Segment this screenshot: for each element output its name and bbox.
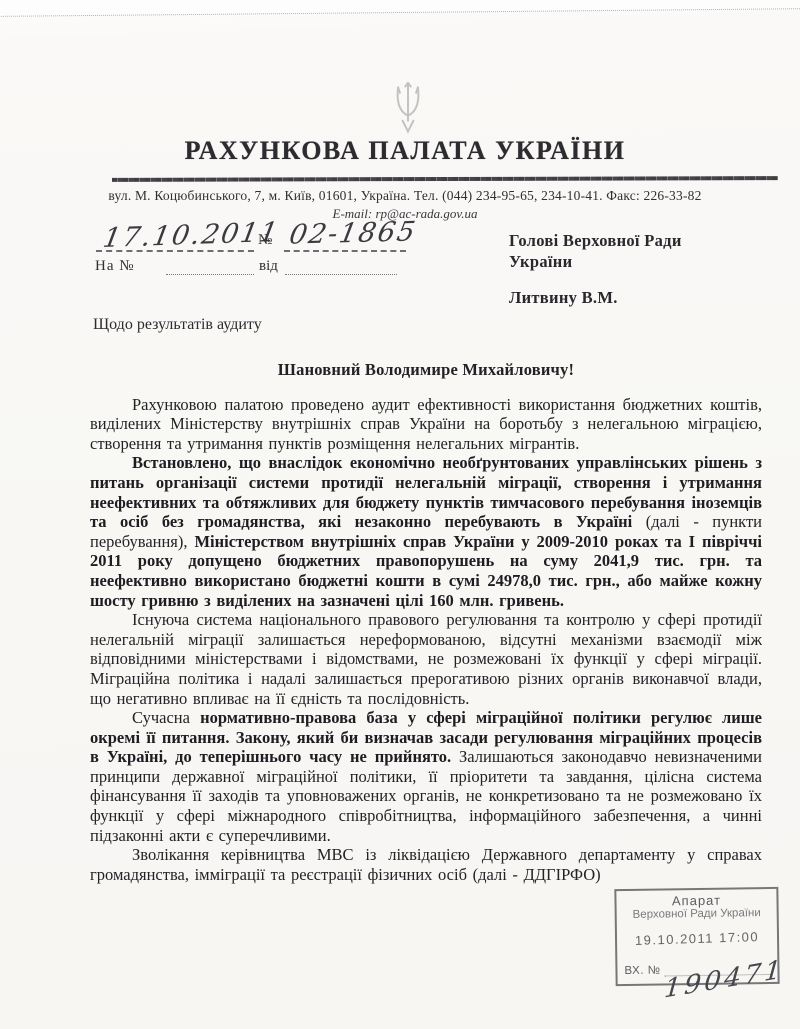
stamp-received-datetime: 19.10.2011 17:00 xyxy=(621,929,773,949)
paragraph-text: Рахунковою палатою проведено аудит ефект… xyxy=(90,395,762,453)
stamp-incoming-number-label: ВХ. № xyxy=(624,965,660,978)
organization-title: РАХУНКОВА ПАЛАТА УКРАЇНИ xyxy=(0,136,800,166)
letter-body: Шановний Володимире Михайловичу! Рахунко… xyxy=(90,360,762,884)
incoming-registration-stamp: Апарат Верховної Ради України 19.10.2011… xyxy=(614,887,779,986)
scanned-letter-page: РАХУНКОВА ПАЛАТА УКРАЇНИ вул. М. Коцюбин… xyxy=(0,0,800,1029)
stamp-office-line2: Верховної Ради України xyxy=(617,907,777,921)
scanner-edge-artifact xyxy=(0,0,800,17)
number-symbol-label: № xyxy=(258,232,272,249)
subject-line: Щодо результатів аудиту xyxy=(93,316,262,334)
organization-address: вул. М. Коцюбинського, 7, м. Київ, 01601… xyxy=(60,188,750,204)
paragraph-findings: Встановлено, що внаслідок економічно нео… xyxy=(90,453,762,610)
paragraph-text: Зволікання керівництва МВС із ліквідаціє… xyxy=(90,845,762,884)
recipient-block: Голові Верховної Ради України Литвину В.… xyxy=(509,230,759,308)
date-underline xyxy=(96,250,254,252)
salutation: Шановний Володимире Михайловичу! xyxy=(90,360,762,380)
number-underline xyxy=(284,250,406,252)
reply-number-blank-line xyxy=(166,274,254,275)
recipient-title-line2: України xyxy=(509,251,759,272)
paragraph-audit-intro: Рахунковою палатою проведено аудит ефект… xyxy=(90,395,762,454)
paragraph-mvs-delay: Зволікання керівництва МВС із ліквідаціє… xyxy=(90,845,762,884)
handwritten-outgoing-date: 17.10.2011 xyxy=(101,217,282,254)
ukraine-trident-emblem-icon xyxy=(390,80,426,138)
reply-to-number-label: На № xyxy=(95,258,135,275)
paragraph-legal-base: Сучасна нормативно-правова база у сфері … xyxy=(90,708,762,845)
paragraph-regulation-system: Існуюча система національного правового … xyxy=(90,610,762,708)
handwritten-incoming-number: 190471 xyxy=(663,955,785,1005)
paragraph-text: Існуюча система національного правового … xyxy=(90,610,762,707)
handwritten-outgoing-number: 02-1865 xyxy=(287,216,420,250)
recipient-title-line1: Голові Верховної Ради xyxy=(509,230,759,251)
header-divider-rule xyxy=(112,176,778,182)
reply-from-label: від xyxy=(259,258,278,275)
paragraph-text: Сучасна xyxy=(132,708,200,727)
recipient-name: Литвину В.М. xyxy=(509,287,759,308)
reply-date-blank-line xyxy=(285,274,397,275)
